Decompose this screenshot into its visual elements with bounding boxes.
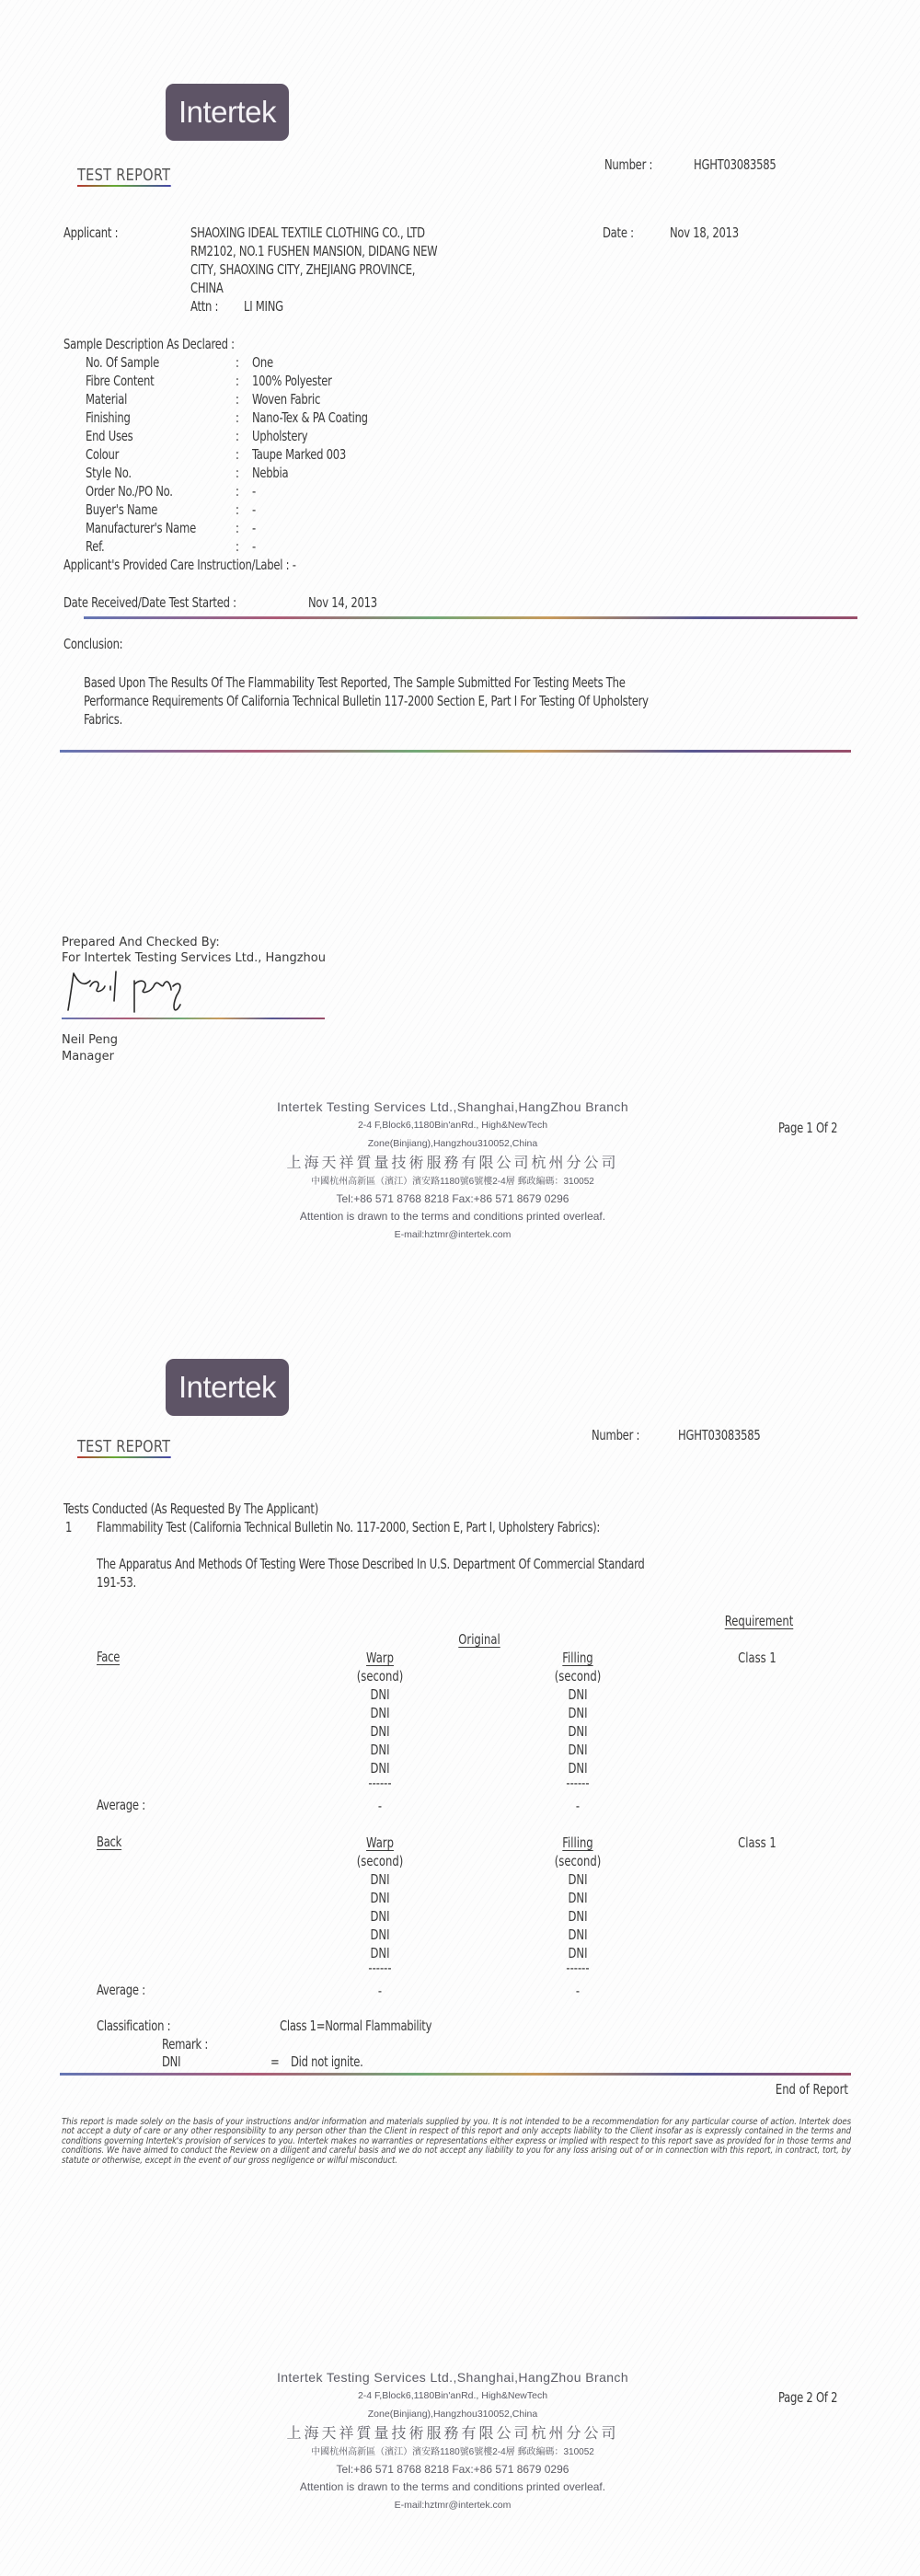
warp-result: DNI [325,1889,435,1907]
page-footer: Intertek Testing Services Ltd.,Shanghai,… [230,1098,675,1244]
footer-address-2: Zone(Binjiang),Hangzhou310052,China [230,2405,675,2423]
warp-separator: ------ [325,1774,435,1792]
applicant-line: CHINA [190,280,224,296]
footer-email[interactable]: E-mail:hztmr@intertek.com [230,2496,675,2514]
test-item-number: 1 [65,1519,72,1535]
section-label: Back [97,1834,121,1850]
signature-line [62,1018,325,1019]
date-label: Date : [603,224,634,241]
filling-header: Filling [523,1834,633,1852]
filling-result: DNI [523,1907,633,1926]
divider [60,2073,851,2076]
page-footer: Intertek Testing Services Ltd.,Shanghai,… [230,2368,675,2514]
report-title: TEST REPORT [77,1438,170,1458]
footer-company: Intertek Testing Services Ltd.,Shanghai,… [230,2368,675,2386]
sample-field-value: - [252,501,256,518]
conclusion-heading: Conclusion: [63,636,122,652]
intertek-logo: Intertek [166,84,289,141]
filling-result: DNI [523,1722,633,1741]
filling-unit: (second) [523,1667,633,1685]
sample-field-colon: : [236,354,239,371]
filling-separator: ------ [523,1959,633,1977]
warp-header: Warp [325,1834,435,1852]
footer-chinese-address: 中國杭州高新區（濱江）濱安路1180號6號樓2-4層 郵政編碼：310052 [230,1173,675,1190]
filling-result: DNI [523,1926,633,1944]
footer-attention: Attention is drawn to the terms and cond… [230,1208,675,1225]
remark-term: DNI [162,2053,180,2070]
logo-text: Intertek [178,95,276,130]
filling-result: DNI [523,1870,633,1889]
remark-equals: = [270,2053,279,2070]
report-number-label: Number : [592,1427,639,1443]
sample-field-label: Fibre Content [86,373,154,389]
applicant-line: SHAOXING IDEAL TEXTILE CLOTHING CO., LTD [190,224,425,241]
care-label-line: Applicant's Provided Care Instruction/La… [63,557,296,573]
tests-heading: Tests Conducted (As Requested By The App… [63,1501,318,1517]
section-label: Face [97,1649,120,1665]
warp-result: DNI [325,1741,435,1759]
warp-result: DNI [325,1870,435,1889]
sample-field-value: - [252,483,256,500]
warp-result: DNI [325,1704,435,1722]
average-label: Average : [97,1982,145,1998]
footer-chinese-address: 中國杭州高新區（濱江）濱安路1180號6號樓2-4層 郵政編碼：310052 [230,2444,675,2461]
sample-field-value: - [252,538,256,555]
sample-field-value: One [252,354,273,371]
warp-average: - [325,1982,435,2000]
disclaimer: This report is made solely on the basis … [62,2118,851,2166]
warp-unit: (second) [325,1667,435,1685]
filling-result: DNI [523,1741,633,1759]
applicant-line: CITY, SHAOXING CITY, ZHEJIANG PROVINCE, [190,261,415,278]
sample-field-label: Colour [86,446,119,463]
prepared-by-label: Prepared And Checked By: [62,935,220,950]
footer-email[interactable]: E-mail:hztmr@intertek.com [230,1225,675,1244]
sample-field-label: No. Of Sample [86,354,159,371]
footer-address-1: 2-4 F,Block6,1180Bin'anRd., High&NewTech [230,2386,675,2405]
sample-field-value: Nebbia [252,465,288,481]
test-method-line: 191-53. [97,1574,136,1591]
warp-result: DNI [325,1685,435,1704]
footer-company: Intertek Testing Services Ltd.,Shanghai,… [230,1098,675,1116]
sample-field-label: Manufacturer's Name [86,520,196,536]
footer-contact: Tel:+86 571 8768 8218 Fax:+86 571 8679 0… [230,1190,675,1208]
sample-field-value: Taupe Marked 003 [252,446,346,463]
sample-description-heading: Sample Description As Declared : [63,336,235,352]
sample-field-colon: : [236,501,239,518]
sample-field-value: Upholstery [252,428,307,444]
signer-role: Manager [62,1049,114,1064]
warp-separator: ------ [325,1959,435,1977]
report-number-value: HGHT03083585 [678,1427,761,1443]
sample-field-label: Material [86,391,127,408]
date-received-value: Nov 14, 2013 [308,594,377,611]
warp-result: DNI [325,1926,435,1944]
sample-field-colon: : [236,428,239,444]
sample-field-label: Buyer's Name [86,501,157,518]
sample-field-label: Style No. [86,465,132,481]
sample-field-colon: : [236,391,239,408]
footer-address-2: Zone(Binjiang),Hangzhou310052,China [230,1134,675,1153]
footer-contact: Tel:+86 571 8768 8218 Fax:+86 571 8679 0… [230,2461,675,2478]
page-number: Page 1 Of 2 [778,1120,837,1136]
filling-average: - [523,1982,633,2000]
classification-label: Classification : [97,2018,170,2034]
sample-field-colon: : [236,373,239,389]
end-of-report: End of Report [776,2081,848,2098]
date-value: Nov 18, 2013 [670,224,739,241]
report-number-label: Number : [604,156,652,173]
footer-chinese-name: 上海天祥質量技術服務有限公司杭州分公司 [230,1153,675,1173]
divider [60,750,851,753]
logo-text: Intertek [178,1370,276,1405]
requirement-value: Class 1 [702,1834,812,1852]
sample-field-label: Ref. [86,538,104,555]
requirement-header: Requirement [704,1612,814,1630]
classification-value: Class 1=Normal Flammability [280,2018,431,2034]
footer-address-1: 2-4 F,Block6,1180Bin'anRd., High&NewTech [230,1116,675,1134]
sample-field-value: Woven Fabric [252,391,320,408]
remark-definition: Did not ignite. [291,2053,363,2070]
filling-separator: ------ [523,1774,633,1792]
sample-field-colon: : [236,483,239,500]
average-label: Average : [97,1797,145,1813]
applicant-line: RM2102, NO.1 FUSHEN MANSION, DIDANG NEW [190,243,437,259]
page-number: Page 2 Of 2 [778,2389,837,2406]
original-header: Original [424,1630,535,1649]
conclusion-line: Fabrics. [84,711,122,728]
warp-average: - [325,1797,435,1815]
signer-name: Neil Peng [62,1032,118,1048]
conclusion-line: Performance Requirements Of California T… [84,693,649,709]
filling-unit: (second) [523,1852,633,1870]
warp-unit: (second) [325,1852,435,1870]
sample-field-label: Finishing [86,409,131,426]
applicant-label: Applicant : [63,224,118,241]
report-title: TEST REPORT [77,167,170,187]
signature-image [63,968,201,1016]
sample-field-label: Order No./PO No. [86,483,173,500]
footer-attention: Attention is drawn to the terms and cond… [230,2478,675,2496]
attn-label: Attn : [190,298,218,315]
test-item-title: Flammability Test (California Technical … [97,1519,600,1535]
intertek-logo: Intertek [166,1359,289,1416]
remark-label: Remark : [162,2036,208,2053]
filling-result: DNI [523,1704,633,1722]
sample-field-label: End Uses [86,428,132,444]
conclusion-line: Based Upon The Results Of The Flammabili… [84,674,626,691]
requirement-value: Class 1 [702,1649,812,1667]
report-number-value: HGHT03083585 [694,156,776,173]
date-received-label: Date Received/Date Test Started : [63,594,236,611]
warp-header: Warp [325,1649,435,1667]
warp-result: DNI [325,1722,435,1741]
prepared-by-company: For Intertek Testing Services Ltd., Hang… [62,950,326,966]
footer-chinese-name: 上海天祥質量技術服務有限公司杭州分公司 [230,2423,675,2444]
sample-field-colon: : [236,446,239,463]
sample-field-colon: : [236,538,239,555]
test-method-line: The Apparatus And Methods Of Testing Wer… [97,1556,645,1572]
sample-field-value: 100% Polyester [252,373,332,389]
sample-field-value: - [252,520,256,536]
filling-result: DNI [523,1889,633,1907]
warp-result: DNI [325,1907,435,1926]
filling-header: Filling [523,1649,633,1667]
sample-field-colon: : [236,520,239,536]
filling-result: DNI [523,1685,633,1704]
sample-field-colon: : [236,409,239,426]
divider [84,616,857,619]
sample-field-colon: : [236,465,239,481]
filling-average: - [523,1797,633,1815]
sample-field-value: Nano-Tex & PA Coating [252,409,368,426]
attn-value: LI MING [244,298,283,315]
